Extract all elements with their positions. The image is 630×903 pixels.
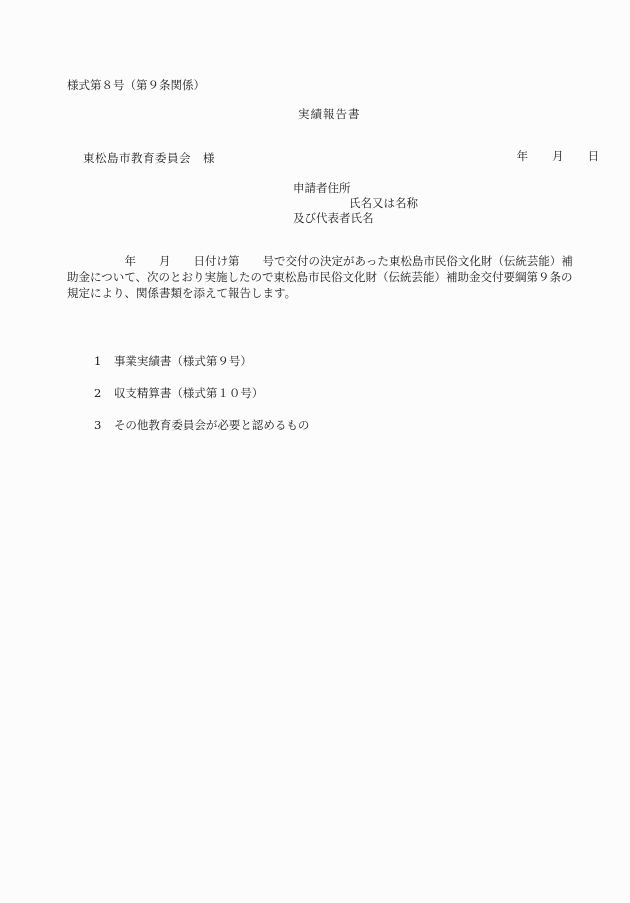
date-day-label: 日 (588, 151, 600, 163)
attachment-text: 収支精算書（様式第１０号） (114, 386, 264, 400)
attachment-item: 2収支精算書（様式第１０号） (72, 376, 309, 408)
attachment-number: 1 (94, 356, 114, 368)
report-body: 年 月 日付け第 号で交付の決定があった東松島市民俗文化財（伝統芸能）補 助金に… (67, 253, 587, 301)
attachment-item: 1事業実績書（様式第９号） (72, 344, 309, 376)
body-line: 規定により、関係書類を添えて報告します。 (67, 285, 587, 301)
applicant-name-label: 氏名又は名称 (349, 198, 418, 210)
document-page: 様式第８号（第９条関係） 実績報告書 年月日 東松島市教育委員会 様 申請者住所… (0, 0, 630, 903)
attachment-text: その他教育委員会が必要と認めるもの (114, 418, 310, 432)
date-year-label: 年 (517, 151, 529, 163)
addressee: 東松島市教育委員会 様 (83, 153, 215, 165)
body-line: 年 月 日付け第 号で交付の決定があった東松島市民俗文化財（伝統芸能）補 (67, 253, 587, 269)
date-line: 年月日 (502, 139, 599, 174)
date-month-label: 月 (552, 151, 564, 163)
applicant-address-label: 申請者住所 (293, 183, 351, 195)
form-number: 様式第８号（第９条関係） (67, 80, 205, 92)
attachment-number: 2 (94, 388, 114, 400)
body-line: 助金について、次のとおり実施したので東松島市民俗文化財（伝統芸能）補助金交付要綱… (67, 269, 587, 285)
attachment-number: 3 (94, 420, 114, 432)
attachment-item: 3その他教育委員会が必要と認めるもの (72, 408, 309, 440)
attachment-text: 事業実績書（様式第９号） (114, 354, 252, 368)
attachment-list: 1事業実績書（様式第９号） 2収支精算書（様式第１０号） 3その他教育委員会が必… (72, 344, 309, 440)
representative-name-label: 及び代表者氏名 (293, 213, 374, 225)
document-title: 実績報告書 (298, 109, 361, 121)
